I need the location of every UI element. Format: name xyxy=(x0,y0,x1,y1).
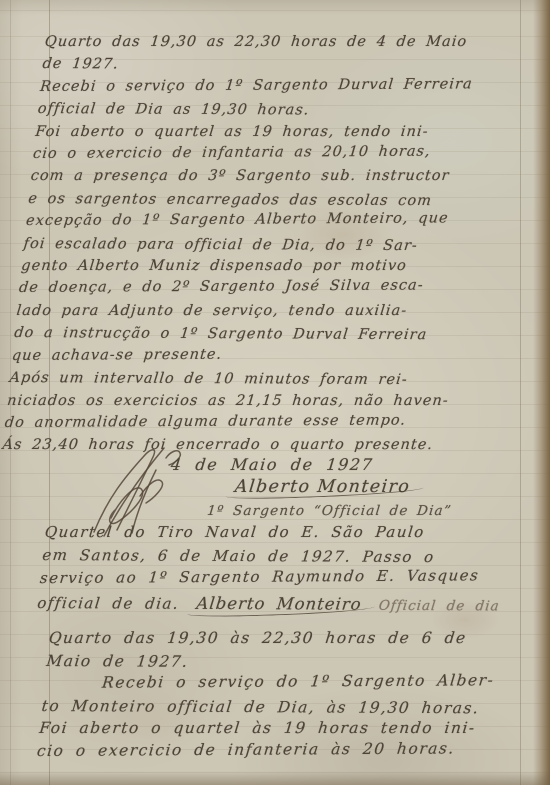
manuscript-line: Ás 23,40 horas foi encerrado o quarto pr… xyxy=(1,434,503,456)
manuscript-line: do anormalidade alguma durante esse temp… xyxy=(4,409,507,434)
manuscript-line: excepção do 1º Sargento Alberto Monteiro… xyxy=(25,207,528,232)
signature-alberto-monteiro-inline: Alberto Monteiro xyxy=(195,591,363,615)
entry1-dateline: 4 de Maio de 1927 xyxy=(170,455,375,474)
manuscript-page: Quarto das 19,30 as 22,30 horas de 4 de … xyxy=(0,0,550,785)
manuscript-line: Quartel do Tiro Naval do E. São Paulo xyxy=(44,521,546,544)
entry-1927-05-06: Quarto das 19,30 às 22,30 horas de 6 de … xyxy=(36,627,540,763)
manuscript-line: lado para Adjunto de serviço, tendo auxi… xyxy=(15,300,517,322)
signature-text: Alberto Monteiro xyxy=(234,477,411,497)
entry-1927-05-04: Quarto das 19,30 as 22,30 horas de 4 de … xyxy=(1,31,546,457)
manuscript-line: de doença, e do 2º Sargento José Silva e… xyxy=(18,274,521,299)
manuscript-line: Recebi o serviço do 1º Sargento Durval F… xyxy=(39,73,542,98)
manuscript-line: official de Dia as 19,30 horas. xyxy=(37,98,539,123)
entry-transfer-1927-05-06: Quartel do Tiro Naval do E. São Paulo em… xyxy=(36,521,546,616)
manuscript-line: to Monteiro official de Dia, às 19,30 ho… xyxy=(40,695,532,720)
manuscript-line: serviço ao 1º Sargento Raymundo E. Vasqu… xyxy=(39,564,542,590)
manuscript-line: cio o exercicio de infantaria as 20,10 h… xyxy=(32,140,535,165)
manuscript-line: Quarto das 19,30 às 22,30 horas de 6 de xyxy=(48,627,540,650)
signature-role-faded: Official de dia xyxy=(378,597,501,614)
manuscript-line: official de dia. Alberto Monteiro Offici… xyxy=(36,591,538,619)
manuscript-line: cio o exercicio de infanteria às 20 hora… xyxy=(36,737,529,763)
manuscript-line-text: official de dia. xyxy=(36,594,180,613)
signature-alberto-monteiro: Alberto Monteiro xyxy=(234,477,411,497)
manuscript-line: foi escalado para official de Dia, do 1º… xyxy=(22,233,524,258)
page-bottom-shadow xyxy=(0,771,550,785)
manuscript-line: com a presença do 3º Sargento sub. instr… xyxy=(30,165,532,187)
manuscript-line: Recebi o serviço do 1º Sargento Alber- xyxy=(43,669,536,695)
manuscript-line: que achava-se presente. xyxy=(11,342,514,367)
signature-title: 1º Sargento “Official de Dia” xyxy=(206,503,452,519)
manuscript-line: Após um intervallo de 10 minutos foram r… xyxy=(8,367,510,392)
manuscript-line: Quarto das 19,30 as 22,30 horas de 4 de … xyxy=(44,31,546,53)
